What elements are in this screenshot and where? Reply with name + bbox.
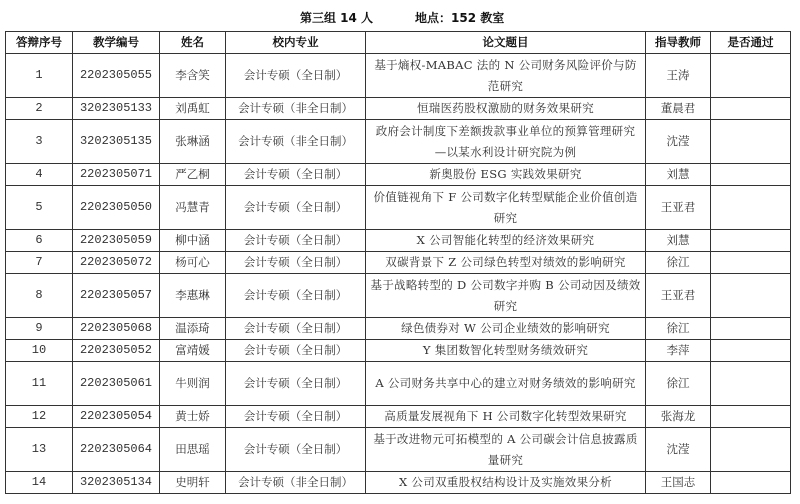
table-row: 13 2202305064 田思瑶 会计专硕（全日制） 基于改进物元可拓模型的 …: [6, 428, 791, 472]
cell-advisor: 刘慧: [646, 230, 711, 252]
cell-seq: 3: [6, 120, 73, 164]
table-row: 11 2202305061 牛则润 会计专硕（全日制） A 公司财务共享中心的建…: [6, 362, 791, 406]
cell-passed[interactable]: [711, 406, 791, 428]
cell-major: 会计专硕（全日制）: [226, 252, 366, 274]
table-body: 1 2202305055 李含笑 会计专硕（全日制） 基于熵权-MABAC 法的…: [6, 54, 791, 494]
cell-major: 会计专硕（非全日制）: [226, 472, 366, 494]
col-header-id: 教学编号: [73, 32, 160, 54]
cell-passed[interactable]: [711, 120, 791, 164]
cell-advisor: 王亚君: [646, 274, 711, 318]
cell-id: 2202305072: [73, 252, 160, 274]
cell-passed[interactable]: [711, 340, 791, 362]
cell-id: 2202305054: [73, 406, 160, 428]
cell-passed[interactable]: [711, 164, 791, 186]
group-label: 第三组 14 人: [300, 9, 373, 26]
cell-id: 2202305064: [73, 428, 160, 472]
cell-passed[interactable]: [711, 186, 791, 230]
cell-id: 3202305135: [73, 120, 160, 164]
cell-name: 温添琦: [160, 318, 226, 340]
cell-advisor: 王亚君: [646, 186, 711, 230]
cell-major: 会计专硕（全日制）: [226, 186, 366, 230]
cell-passed[interactable]: [711, 230, 791, 252]
col-header-major: 校内专业: [226, 32, 366, 54]
cell-name: 杨可心: [160, 252, 226, 274]
cell-thesis: 绿色债券对 W 公司企业绩效的影响研究: [366, 318, 646, 340]
cell-major: 会计专硕（全日制）: [226, 274, 366, 318]
cell-seq: 4: [6, 164, 73, 186]
cell-major: 会计专硕（全日制）: [226, 362, 366, 406]
defense-schedule-table: 答辩序号 教学编号 姓名 校内专业 论文题目 指导教师 是否通过 1 22023…: [5, 31, 791, 494]
cell-id: 2202305052: [73, 340, 160, 362]
cell-thesis: 基于改进物元可拓模型的 A 公司碳会计信息披露质量研究: [366, 428, 646, 472]
cell-seq: 5: [6, 186, 73, 230]
cell-name: 富靖媛: [160, 340, 226, 362]
cell-thesis: 政府会计制度下差额拨款事业单位的预算管理研究—以某水利设计研究院为例: [366, 120, 646, 164]
table-header-row: 答辩序号 教学编号 姓名 校内专业 论文题目 指导教师 是否通过: [6, 32, 791, 54]
col-header-name: 姓名: [160, 32, 226, 54]
table-row: 4 2202305071 严乙桐 会计专硕（全日制） 新奥股份 ESG 实践效果…: [6, 164, 791, 186]
cell-major: 会计专硕（非全日制）: [226, 98, 366, 120]
cell-name: 史明轩: [160, 472, 226, 494]
cell-passed[interactable]: [711, 54, 791, 98]
cell-name: 田思瑶: [160, 428, 226, 472]
table-row: 6 2202305059 柳中涵 会计专硕（全日制） X 公司智能化转型的经济效…: [6, 230, 791, 252]
cell-advisor: 徐江: [646, 318, 711, 340]
cell-advisor: 王国志: [646, 472, 711, 494]
cell-id: 3202305134: [73, 472, 160, 494]
cell-thesis: 基于熵权-MABAC 法的 N 公司财务风险评价与防范研究: [366, 54, 646, 98]
table-row: 8 2202305057 李惠琳 会计专硕（全日制） 基于战略转型的 D 公司数…: [6, 274, 791, 318]
cell-thesis: Y 集团数智化转型财务绩效研究: [366, 340, 646, 362]
location-label: 地点：152 教室: [415, 9, 504, 26]
table-row: 9 2202305068 温添琦 会计专硕（全日制） 绿色债券对 W 公司企业绩…: [6, 318, 791, 340]
cell-id: 2202305059: [73, 230, 160, 252]
cell-advisor: 张海龙: [646, 406, 711, 428]
cell-advisor: 徐江: [646, 252, 711, 274]
table-row: 5 2202305050 冯慧青 会计专硕（全日制） 价值链视角下 F 公司数字…: [6, 186, 791, 230]
col-header-thesis: 论文题目: [366, 32, 646, 54]
cell-thesis: A 公司财务共享中心的建立对财务绩效的影响研究: [366, 362, 646, 406]
cell-name: 牛则润: [160, 362, 226, 406]
cell-thesis: 基于战略转型的 D 公司数字并购 B 公司动因及绩效研究: [366, 274, 646, 318]
cell-seq: 12: [6, 406, 73, 428]
cell-passed[interactable]: [711, 362, 791, 406]
cell-name: 刘禹虹: [160, 98, 226, 120]
cell-thesis: 价值链视角下 F 公司数字化转型赋能企业价值创造研究: [366, 186, 646, 230]
cell-advisor: 刘慧: [646, 164, 711, 186]
cell-advisor: 董晨君: [646, 98, 711, 120]
cell-passed[interactable]: [711, 472, 791, 494]
table-row: 3 3202305135 张琳涵 会计专硕（非全日制） 政府会计制度下差额拨款事…: [6, 120, 791, 164]
cell-seq: 14: [6, 472, 73, 494]
cell-seq: 6: [6, 230, 73, 252]
table-row: 12 2202305054 黄士娇 会计专硕（全日制） 高质量发展视角下 H 公…: [6, 406, 791, 428]
cell-thesis: X 公司智能化转型的经济效果研究: [366, 230, 646, 252]
cell-major: 会计专硕（全日制）: [226, 318, 366, 340]
cell-passed[interactable]: [711, 428, 791, 472]
cell-advisor: 沈滢: [646, 120, 711, 164]
cell-seq: 2: [6, 98, 73, 120]
table-row: 1 2202305055 李含笑 会计专硕（全日制） 基于熵权-MABAC 法的…: [6, 54, 791, 98]
cell-advisor: 王涛: [646, 54, 711, 98]
cell-advisor: 徐江: [646, 362, 711, 406]
cell-thesis: 恒瑞医药股权激励的财务效果研究: [366, 98, 646, 120]
cell-seq: 11: [6, 362, 73, 406]
cell-id: 2202305057: [73, 274, 160, 318]
cell-seq: 10: [6, 340, 73, 362]
cell-thesis: 新奥股份 ESG 实践效果研究: [366, 164, 646, 186]
cell-name: 李惠琳: [160, 274, 226, 318]
cell-major: 会计专硕（非全日制）: [226, 120, 366, 164]
cell-name: 柳中涵: [160, 230, 226, 252]
cell-passed[interactable]: [711, 252, 791, 274]
cell-major: 会计专硕（全日制）: [226, 406, 366, 428]
cell-thesis: 双碳背景下 Z 公司绿色转型对绩效的影响研究: [366, 252, 646, 274]
page-title: 第三组 14 人 地点：152 教室: [0, 9, 800, 27]
cell-major: 会计专硕（全日制）: [226, 230, 366, 252]
cell-major: 会计专硕（全日制）: [226, 428, 366, 472]
cell-seq: 8: [6, 274, 73, 318]
cell-name: 张琳涵: [160, 120, 226, 164]
cell-name: 黄士娇: [160, 406, 226, 428]
cell-seq: 1: [6, 54, 73, 98]
table-row: 10 2202305052 富靖媛 会计专硕（全日制） Y 集团数智化转型财务绩…: [6, 340, 791, 362]
cell-name: 冯慧青: [160, 186, 226, 230]
cell-advisor: 沈滢: [646, 428, 711, 472]
cell-id: 2202305061: [73, 362, 160, 406]
col-header-passed: 是否通过: [711, 32, 791, 54]
table-row: 2 3202305133 刘禹虹 会计专硕（非全日制） 恒瑞医药股权激励的财务效…: [6, 98, 791, 120]
cell-seq: 13: [6, 428, 73, 472]
cell-name: 严乙桐: [160, 164, 226, 186]
cell-id: 2202305055: [73, 54, 160, 98]
cell-major: 会计专硕（全日制）: [226, 340, 366, 362]
cell-seq: 7: [6, 252, 73, 274]
cell-advisor: 李萍: [646, 340, 711, 362]
cell-id: 2202305068: [73, 318, 160, 340]
cell-seq: 9: [6, 318, 73, 340]
cell-thesis: 高质量发展视角下 H 公司数字化转型效果研究: [366, 406, 646, 428]
col-header-seq: 答辩序号: [6, 32, 73, 54]
cell-passed[interactable]: [711, 274, 791, 318]
cell-thesis: X 公司双重股权结构设计及实施效果分析: [366, 472, 646, 494]
cell-major: 会计专硕（全日制）: [226, 54, 366, 98]
cell-passed[interactable]: [711, 98, 791, 120]
table-row: 7 2202305072 杨可心 会计专硕（全日制） 双碳背景下 Z 公司绿色转…: [6, 252, 791, 274]
cell-id: 3202305133: [73, 98, 160, 120]
cell-name: 李含笑: [160, 54, 226, 98]
cell-id: 2202305050: [73, 186, 160, 230]
col-header-advisor: 指导教师: [646, 32, 711, 54]
cell-id: 2202305071: [73, 164, 160, 186]
cell-passed[interactable]: [711, 318, 791, 340]
table-row: 14 3202305134 史明轩 会计专硕（非全日制） X 公司双重股权结构设…: [6, 472, 791, 494]
cell-major: 会计专硕（全日制）: [226, 164, 366, 186]
